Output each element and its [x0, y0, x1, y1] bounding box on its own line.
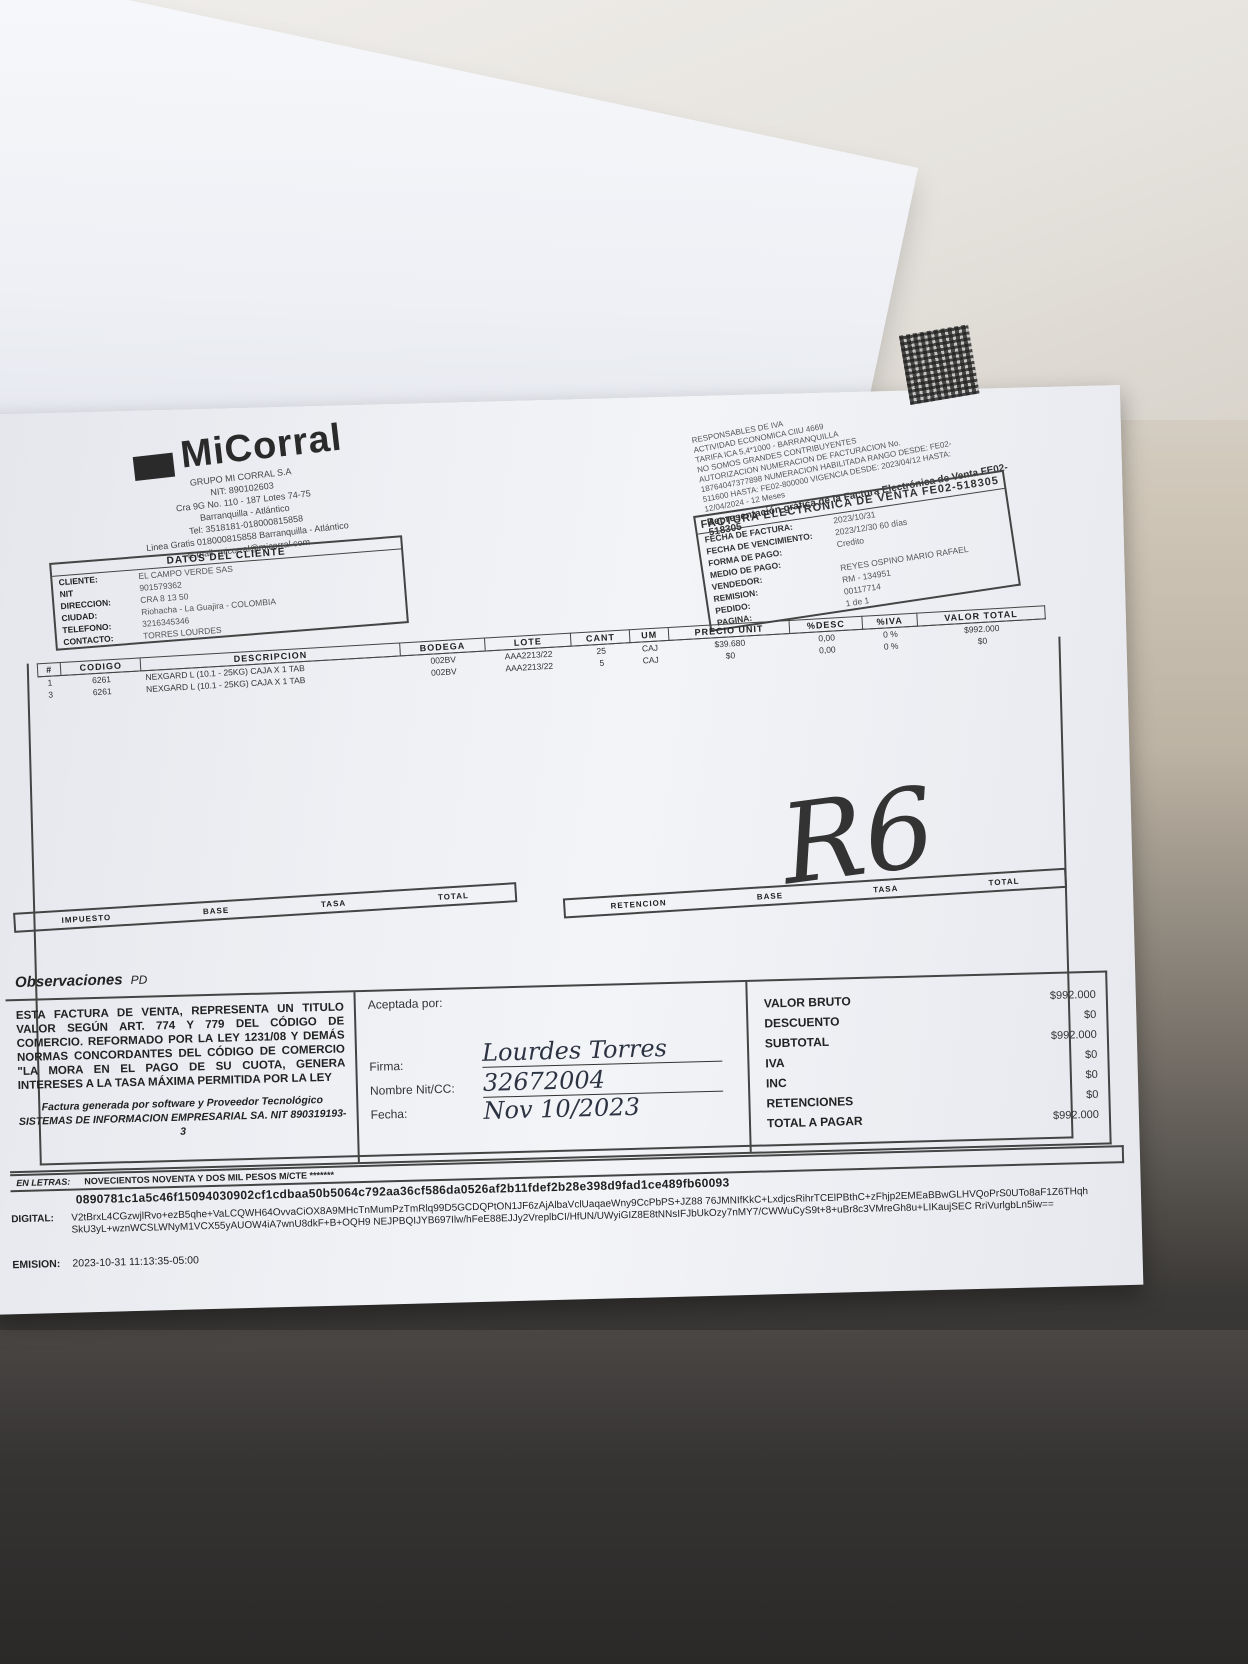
total-label: SUBTOTAL [765, 1035, 830, 1051]
total-label: IVA [765, 1056, 784, 1070]
tax-column-header: BASE [203, 905, 230, 916]
emision-label: EMISION: [12, 1258, 72, 1272]
bottom-section: ESTA FACTURA DE VENTA, REPRESENTA UN TIT… [6, 970, 1112, 1173]
total-value: $0 [1084, 1009, 1097, 1021]
total-label: TOTAL A PAGAR [767, 1114, 863, 1130]
legal-notice: ESTA FACTURA DE VENTA, REPRESENTA UN TIT… [6, 992, 360, 1171]
total-value: $0 [1085, 1069, 1098, 1081]
tax-column-header: IMPUESTO [61, 912, 111, 924]
table-cell: CAJ [631, 653, 670, 667]
tax-column-header: TASA [873, 884, 899, 895]
total-value: $992.000 [1051, 1029, 1097, 1042]
software-provider-note: Factura generada por software y Proveedo… [18, 1092, 347, 1143]
table-cell: 3 [39, 688, 63, 701]
accepted-by-label: Aceptada por: [368, 996, 443, 1012]
logo-icon [133, 452, 175, 480]
tax-column-header: BASE [757, 891, 784, 902]
observations-title: ObservacionesPD [15, 971, 148, 991]
total-value: $0 [1085, 1049, 1098, 1061]
emission-date: EMISION:2023-10-31 11:13:35-05:00 [12, 1254, 199, 1271]
date-handwritten: Nov 10/2023 [483, 1091, 724, 1125]
total-label: VALOR BRUTO [764, 994, 851, 1010]
observations-label: Observaciones [15, 971, 123, 991]
invoice-sheet: MiCorral GRUPO MI CORRAL S.A NIT: 890102… [0, 385, 1143, 1315]
emision-value: 2023-10-31 11:13:35-05:00 [72, 1254, 199, 1269]
total-label: DESCUENTO [764, 1015, 839, 1031]
total-value: $992.000 [1050, 989, 1096, 1002]
digital-label: DIGITAL: [11, 1213, 72, 1239]
tax-column-header: TOTAL [438, 891, 469, 902]
letras-value: NOVECIENTOS NOVENTA Y DOS MIL PESOS M/CT… [84, 1170, 334, 1187]
tax-column-header: RETENCION [610, 898, 667, 910]
date-label: Fecha: [370, 1107, 407, 1122]
total-label: RETENCIONES [766, 1094, 853, 1110]
total-value: $992.000 [1053, 1109, 1099, 1122]
tax-column-header: TASA [321, 898, 347, 909]
total-value: $0 [1086, 1089, 1099, 1101]
legal-text: ESTA FACTURA DE VENTA, REPRESENTA UN TIT… [16, 1000, 346, 1093]
acceptance-box: Aceptada por: Firma: Lourdes Torres Nomb… [355, 982, 751, 1162]
tax-column-header: TOTAL [988, 876, 1019, 887]
observations-code: PD [130, 973, 147, 987]
background-surface [0, 1330, 1248, 1664]
id-label: Nombre Nit/CC: [370, 1082, 455, 1098]
signature-label: Firma: [369, 1059, 403, 1074]
total-label: INC [766, 1076, 787, 1091]
letras-label: EN LETRAS: [16, 1177, 70, 1188]
totals-box: VALOR BRUTO$992.000DESCUENTO$0SUBTOTAL$9… [745, 973, 1109, 1152]
